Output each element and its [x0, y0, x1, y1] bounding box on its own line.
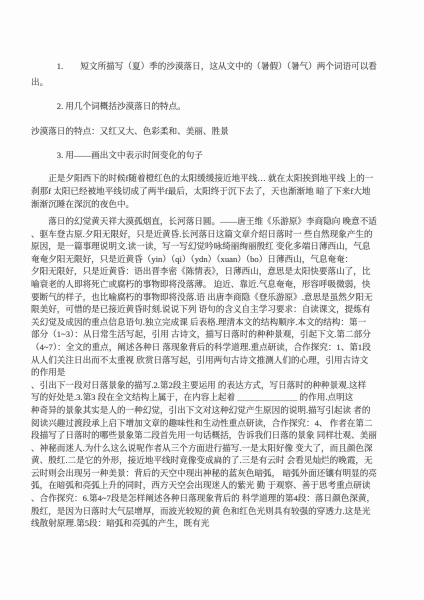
- document-page: 1. 短文所描写（夏）季的沙漠落日，这从文中的（暑假）（暑气）两个词语可以看 出…: [0, 0, 424, 600]
- article-paragraph-1: 落日的幻觉黄天祥大漠孤烟直，长河落日圆。——唐王维《乐游原》李商隐向 晚意不适 …: [31, 215, 393, 379]
- article-paragraph-2: 、引出下一段对日落景象的描写.2.第2段主要运用 的表达方式，写日落时的种种景观…: [31, 379, 393, 530]
- question-item-2: 2. 用几个词概括沙漠落日的特点。: [31, 99, 393, 114]
- answer-paragraph: 正是夕阳西下的时候f随着橙红色的太阳缓缓接近地平线… 就在太阳挨到地平线 上的一…: [31, 172, 393, 211]
- question-item-1: 1. 短文所描写（夏）季的沙漠落日，这从文中的（暑假）（暑气）两个词语可以看 出…: [31, 58, 393, 90]
- answer-line: 沙漠落日的特点：又红又大、色彩柔和、美丽、胜景: [31, 124, 393, 139]
- question-item-3: 3. 用——画出文中表示时间变化的句子: [31, 148, 393, 163]
